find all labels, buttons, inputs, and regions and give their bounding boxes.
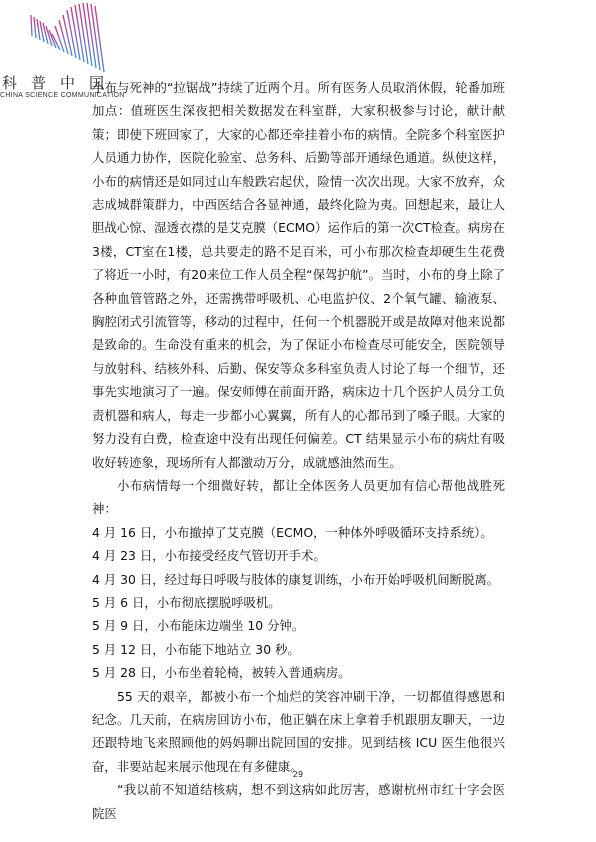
logo-wave-icon <box>22 0 122 75</box>
paragraph-story: 小布与死神的“拉锯战”持续了近两个月。所有医务人员取消休假，轮番加班加点：值班医… <box>92 76 505 474</box>
paragraph-recovery: 55 天的艰辛，都被小布一个灿烂的笑容冲刷干净，一切都值得感恩和纪念。几天前，在… <box>92 685 505 779</box>
paragraph-quote: “我以前不知道结核病，想不到这病如此厉害，感谢杭州市红十字会医院医 <box>92 778 505 825</box>
timeline-item: 4 月 16 日，小布撤掉了艾克膜（ECMO，一种体外呼吸循环支持系统）。 <box>92 521 505 544</box>
timeline-item: 5 月 9 日，小布能床边端坐 10 分钟。 <box>92 614 505 637</box>
paragraph-intro-timeline: 小布病情每一个细微好转，都让全体医务人员更加有信心帮他战胜死神： <box>92 474 505 521</box>
timeline-item: 5 月 28 日，小布坐着轮椅，被转入普通病房。 <box>92 661 505 684</box>
timeline-item: 5 月 6 日，小布彻底摆脱呼吸机。 <box>92 591 505 614</box>
timeline-item: 5 月 12 日，小布能下地站立 30 秒。 <box>92 638 505 661</box>
timeline-item: 4 月 23 日，小布接受经皮气管切开手术。 <box>92 544 505 567</box>
document-body: 小布与死神的“拉锯战”持续了近两个月。所有医务人员取消休假，轮番加班加点：值班医… <box>92 76 505 825</box>
page-number: 29 <box>0 770 596 779</box>
timeline-item: 4 月 30 日，经过每日呼吸与肢体的康复训练，小布开始呼吸机间断脱离。 <box>92 568 505 591</box>
